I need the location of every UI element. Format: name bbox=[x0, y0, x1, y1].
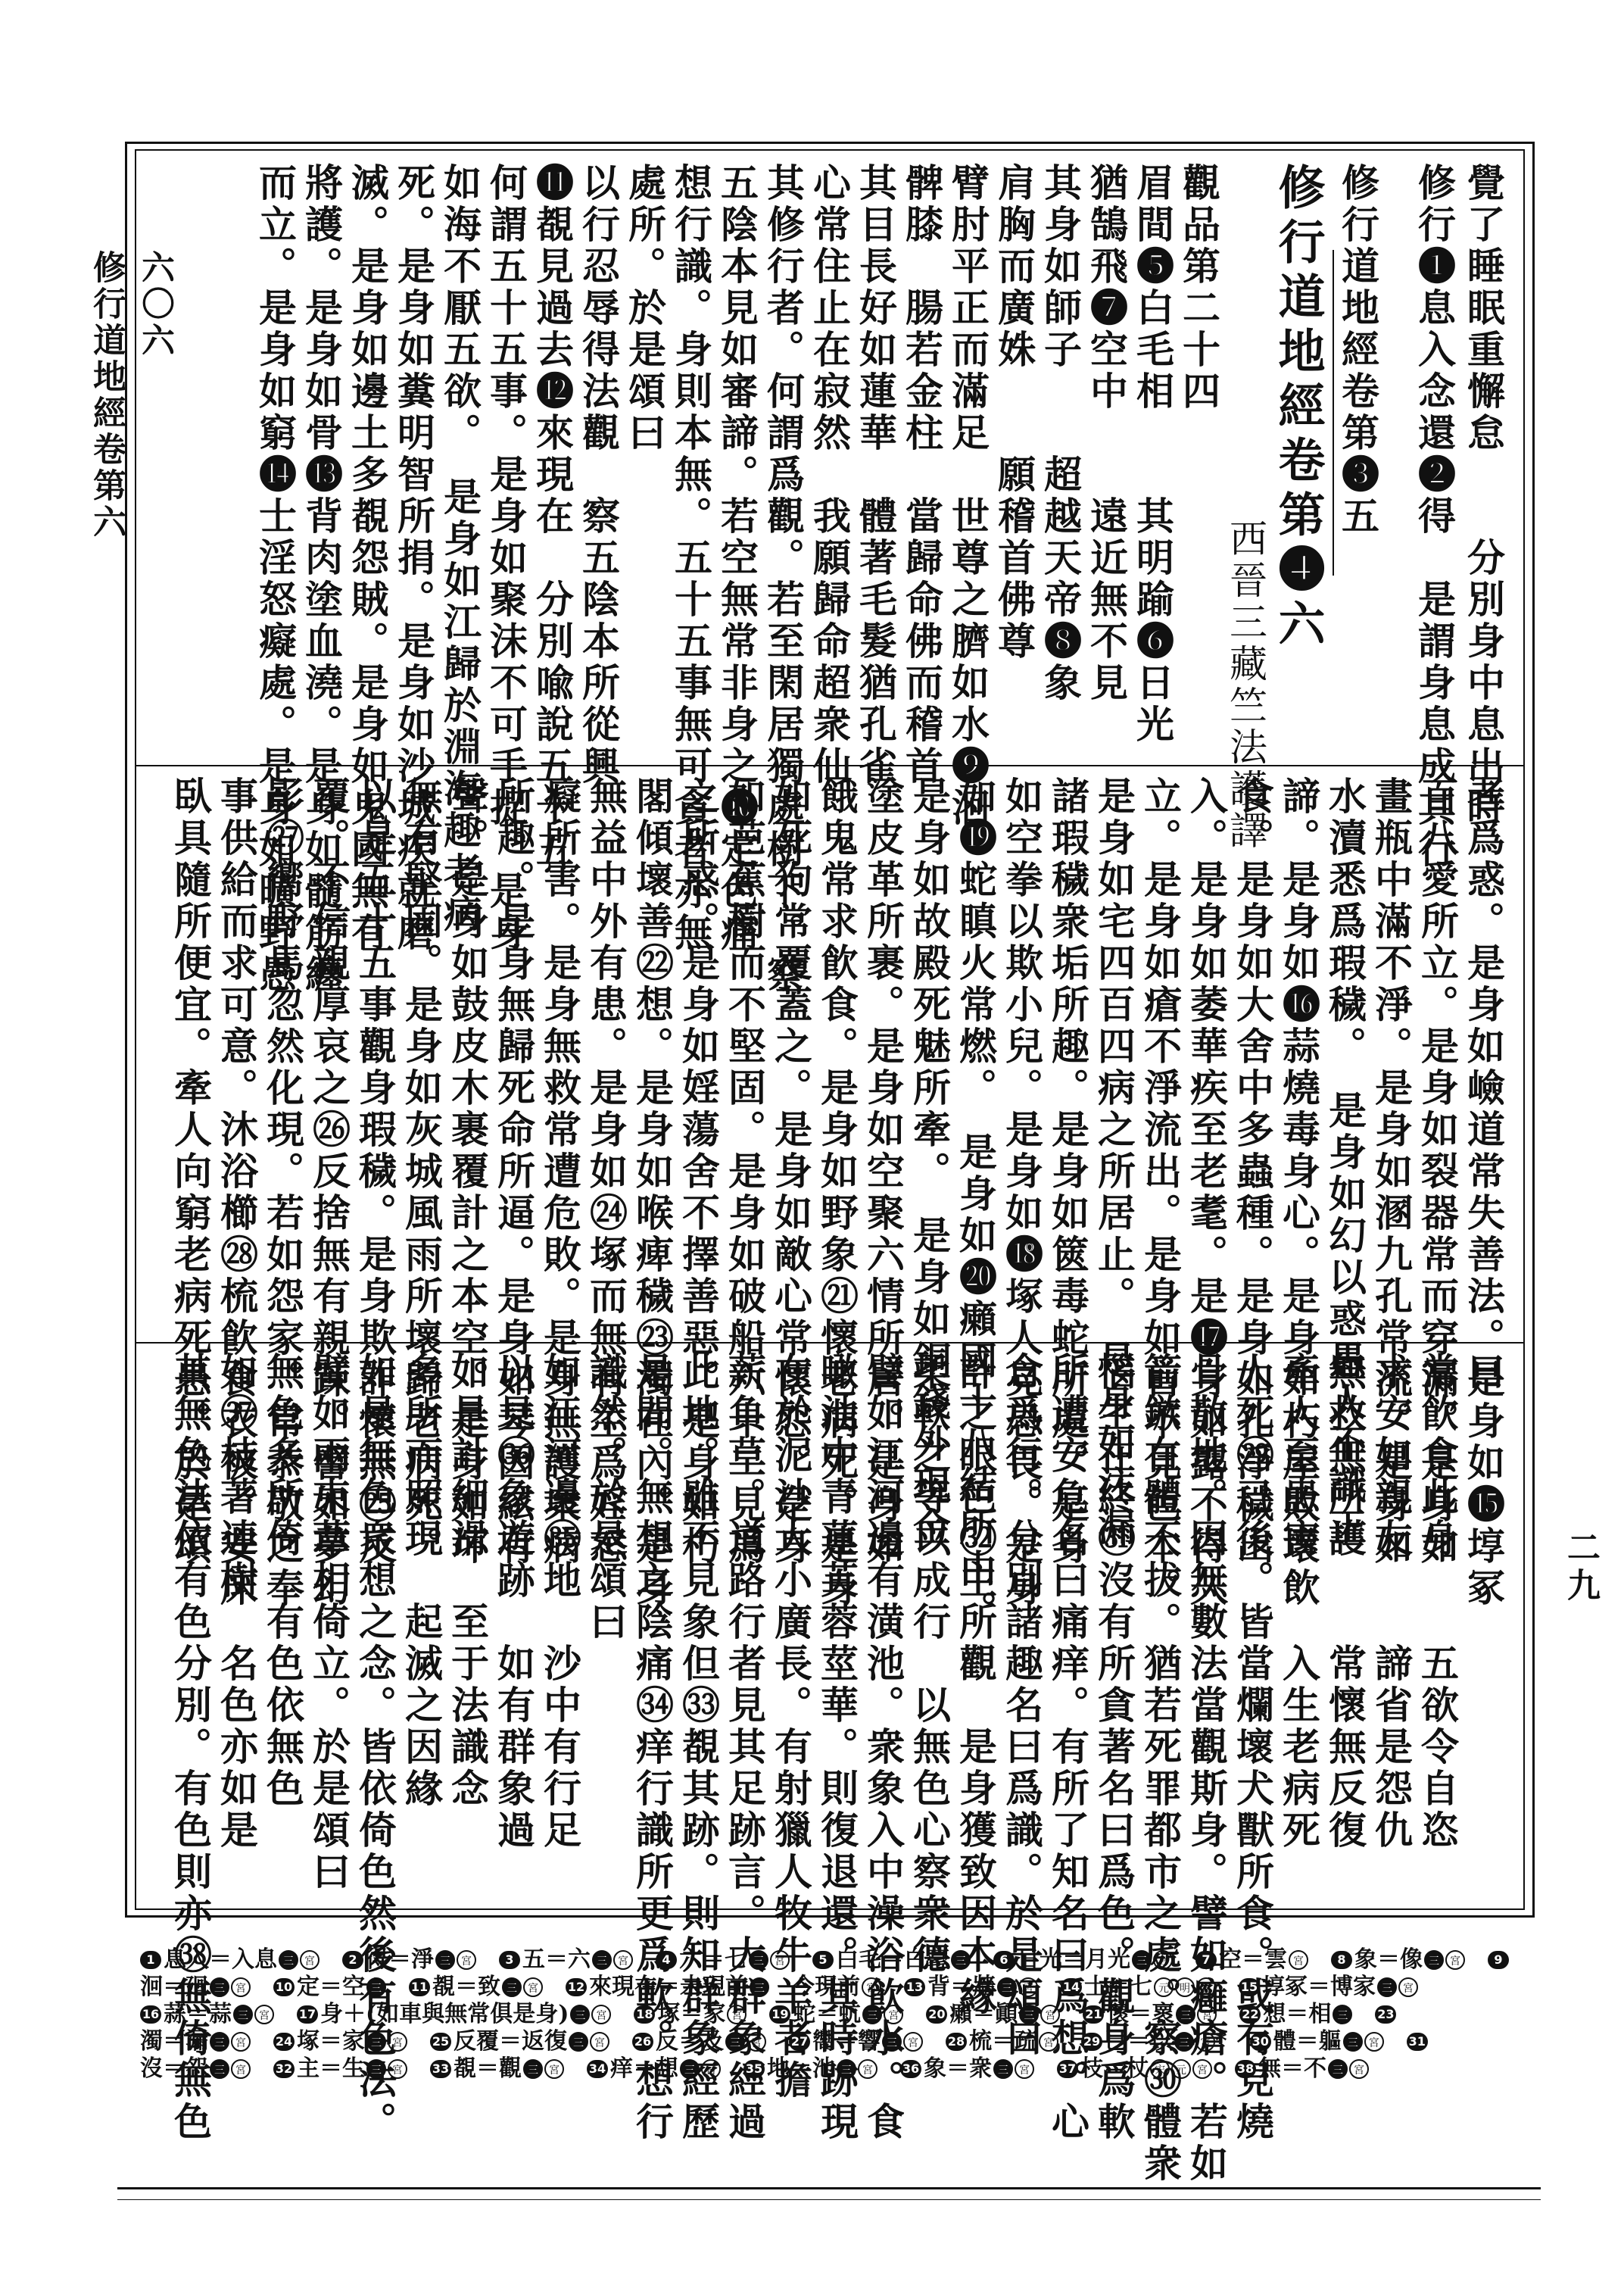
edition-siglum-icon: 宮 bbox=[1018, 1977, 1038, 1997]
edition-siglum-icon: 三 bbox=[993, 2059, 1013, 2079]
footnote-number-badge: 35 bbox=[743, 2060, 765, 2078]
bottom-register-column: 計之眼色㉜主所觀 是身獲致因本緣 bbox=[952, 1352, 999, 1912]
bottom-register-column: 此地。雖不見象但㉝覩其跡。則知群象經歷 bbox=[675, 1352, 722, 1912]
edition-siglum-icon: 宮 bbox=[254, 2005, 274, 2024]
edition-siglum-icon: 三 bbox=[837, 2059, 856, 2079]
footnote-line: 16蒜＝蒜三宮17身＋(如車與無常俱是身)三宮18塚＝家宮19蛇＝蚢三宮20癩＝… bbox=[140, 2001, 1533, 2028]
middle-register-column: 食。是身如大舍中多蟲種。是身如孔淨穢出 bbox=[1230, 776, 1276, 1337]
top-register-column: 眉間❺白毛相 其明踰❻日光 bbox=[1130, 163, 1176, 761]
edition-siglum-icon: 三 bbox=[750, 1977, 769, 1997]
footnote-text: 定＝空 bbox=[297, 1974, 365, 2001]
footnote-number-badge: 20 bbox=[926, 2005, 947, 2024]
footnote-number-badge: 30 bbox=[1250, 2033, 1271, 2051]
edition-siglum-icon: 三 bbox=[1424, 1950, 1444, 1970]
footnote-text: 已＝以 bbox=[1105, 2028, 1173, 2055]
footnote-number-badge: 34 bbox=[587, 2060, 608, 2078]
footnote-text: 濁＝漏 bbox=[140, 2028, 208, 2055]
bottom-register-column: 無色多所倚 有色依無色 bbox=[260, 1352, 306, 1912]
footnote-number-badge: 26 bbox=[632, 2033, 653, 2051]
edition-siglum-icon: 三 bbox=[366, 2059, 386, 2079]
footnote-text: 地＝池 bbox=[767, 2055, 835, 2083]
footnote: 24塚＝家三宮 bbox=[273, 2028, 407, 2055]
edition-siglum-icon: 宮 bbox=[701, 2059, 721, 2079]
bottom-register-column: 牽人至患害 入生老病死 bbox=[1276, 1352, 1322, 1912]
edition-siglum-icon: 三 bbox=[502, 1977, 522, 1997]
top-register-column: 想行識。身則本無。五十五事無可貪者亦無 bbox=[668, 163, 714, 761]
footnote-number-badge: 36 bbox=[900, 2060, 921, 2078]
top-register-column: 其身如師子 超越天帝❽象 bbox=[1037, 163, 1083, 761]
edition-siglum-icon: 三 bbox=[1343, 2032, 1363, 2052]
footnote: 18塚＝家宮 bbox=[634, 2001, 747, 2028]
bottom-register-column: 其無色法依有色分別。有色則亦㊳無倚無色 bbox=[167, 1352, 214, 1912]
footnote: 17身＋(如車與無常俱是身)三宮 bbox=[297, 2001, 611, 2028]
footnote: 洄＝廻三宮 bbox=[140, 1974, 251, 2001]
footnote-number-badge: 24 bbox=[273, 2033, 295, 2051]
footnote: 9 bbox=[1488, 1946, 1511, 1974]
top-register-column: 如海不厭五欲。 是身如江歸於淵海趣老病 bbox=[437, 163, 483, 761]
top-register-column: ⓫覩見過去⓬來現在 分別喩說五十五 bbox=[529, 163, 575, 761]
footnote-text: 覩＝致 bbox=[432, 1974, 500, 2001]
edition-siglum-icon: 三 bbox=[592, 1950, 612, 1970]
footnote-number-badge: 2 bbox=[342, 1951, 363, 1969]
asterisk-mark: * bbox=[1215, 2028, 1227, 2055]
middle-register-column: 塗皮革所裹。是身如空聚六情所居。是身如 bbox=[860, 776, 906, 1337]
edition-siglum-icon: 宮 bbox=[858, 2059, 877, 2079]
middle-register-column: 覆。不信親厚哀之㉖反捨無有親踈。譬如夢幻 bbox=[306, 776, 352, 1337]
middle-register-column: 癡所害。是身無救常遭危敗。是身無護衆病 bbox=[537, 776, 583, 1337]
top-register-column: 西晉三藏竺法護譯 bbox=[1222, 163, 1268, 761]
footnote: 32主＝生三宮 bbox=[273, 2055, 407, 2083]
footnote: 沒＝怨三宮 bbox=[140, 2055, 251, 2083]
footnote: 12來現在＝未現前三 bbox=[566, 1974, 769, 2001]
top-register-column: 死。是身如糞明智所捐。是身如沙城疾就磨 bbox=[391, 163, 437, 761]
footnote-text: 痒＝想 bbox=[610, 2055, 678, 2083]
footnote: 3五＝六三宮 bbox=[499, 1946, 633, 1974]
bottom-register-column: 如是計細滑 至于法識念 bbox=[444, 1352, 491, 1912]
colophon-rule bbox=[1333, 250, 1334, 576]
top-register-column: 五陰本見如審諦。若空無常非身之❿定色痛 bbox=[714, 163, 760, 761]
middle-register-column: 以是五十五事觀身瑕穢。是身欺詐懷無㉕反 bbox=[352, 776, 398, 1337]
footnote: 13背＝牆三宮 bbox=[904, 1974, 1038, 2001]
edition-siglum-icon: 三 bbox=[435, 1950, 455, 1970]
edition-siglum-icon: 宮 bbox=[613, 1950, 633, 1970]
footnote: 2得＝淨三宮 bbox=[342, 1946, 476, 1974]
edition-siglum-icon: 三 bbox=[1019, 2005, 1039, 2024]
edition-siglum-icon: 宮 bbox=[1153, 1950, 1173, 1970]
footnote: 4六＝七三宮 bbox=[656, 1946, 790, 1974]
bottom-register-column: 在於泥沙大小廣長。有射獵人牧牛羊者擔 bbox=[768, 1352, 814, 1912]
edition-siglum-icon: 三 bbox=[210, 2059, 229, 2079]
footnote-number-badge: 21 bbox=[1083, 2005, 1104, 2024]
footnote-text: 想＝相 bbox=[1263, 2001, 1331, 2028]
footnote: 21懷＝褱三宮 bbox=[1083, 2001, 1217, 2028]
middle-register-column: 百八愛所立。是身如裂器常而穿漏。是身如 bbox=[1414, 776, 1460, 1337]
footnote-text: 六＝七 bbox=[679, 1946, 747, 1974]
footnote-number-badge: 27 bbox=[789, 2033, 810, 2051]
edition-siglum-icon: 宮 bbox=[388, 2059, 407, 2079]
bottom-register-column: 常飮食此身 五欲令自恣 bbox=[1414, 1352, 1460, 1912]
footnote: 11覩＝致三宮 bbox=[409, 1974, 543, 2001]
top-register-column: 處所。於是頌曰 bbox=[622, 163, 668, 761]
middle-register-column: 入。是身如萎華疾至老耄。是⓱身如露不得久 bbox=[1183, 776, 1230, 1337]
footnote-line: 1息入＝入息三宮2得＝淨三宮3五＝六三宮4六＝七三宮5白毛＝白毫三6日光＝月光三… bbox=[140, 1946, 1533, 1974]
footnote-text: 無＝不 bbox=[1258, 2055, 1326, 2083]
bottom-register-column: 如江河邊㉟地 沙中有行足 bbox=[537, 1352, 583, 1912]
footnote-text: 主＝生 bbox=[297, 2055, 365, 2083]
edition-siglum-icon: 宮 bbox=[591, 2005, 611, 2024]
bottom-register-column: 曰 bbox=[1460, 1352, 1507, 1912]
top-register-column: 其目長好如蓮華 體著毛髮猶孔雀 bbox=[853, 163, 899, 761]
middle-register: 者爲惑。是身如嶮道常失善法。是身如⓯埻冢百八愛所立。是身如裂器常而穿漏。是身如畫… bbox=[144, 776, 1514, 1337]
edition-siglum-icon: 宮 bbox=[747, 2032, 766, 2052]
top-register-column: 而立。是身如窮⓮士淫怒癡處。是身如曠野愚 bbox=[252, 163, 298, 761]
edition-siglum-icon: 三 bbox=[997, 1977, 1017, 1997]
footnote: 38無＝不三宮 bbox=[1235, 2055, 1369, 2083]
top-register-column: 何謂五十五事。是身如聚沫不可手捉。是身 bbox=[483, 163, 529, 761]
footnote-line: 洄＝廻三宮10定＝空三11覩＝致三宮12來現在＝未現前三今現前宮13背＝牆三宮1… bbox=[140, 1974, 1533, 2001]
bottom-rule-thin bbox=[117, 2199, 1541, 2200]
edition-siglum-icon: 三 bbox=[1328, 2059, 1348, 2079]
middle-register-column: 諸瑕穢衆垢所趣。是身如篋毒蛇所處。是身 bbox=[1045, 776, 1091, 1337]
edition-siglum-icon: 三 bbox=[366, 2032, 386, 2052]
footnote: 22想＝相三 bbox=[1239, 2001, 1352, 2028]
footnote-text: 塚＝家 bbox=[657, 2001, 725, 2028]
edition-siglum-icon: 宮 bbox=[1364, 2032, 1384, 2052]
footnote-text: 日光＝月光 bbox=[1017, 1946, 1130, 1974]
middle-register-column: 如空拳以欺小兒。是身如⓲塚人見恐畏。是身 bbox=[999, 776, 1045, 1337]
footnote-text: 得＝淨 bbox=[366, 1946, 434, 1974]
footnote-text: 塚＝家 bbox=[297, 2028, 365, 2055]
edition-siglum-icon: 宮 bbox=[590, 2032, 609, 2052]
footnote-text: 身＋(如車與無常俱是身) bbox=[320, 2001, 569, 2028]
footnote-number-badge: 5 bbox=[812, 1951, 834, 1969]
footnote: 29已＝以三宮* bbox=[1081, 2028, 1227, 2055]
edition-siglum-icon: 元 bbox=[1171, 2059, 1191, 2079]
top-register: 覺了睡眠重懈怠 分別身中息出時修行❶息入念還❷得 是謂身息成其行修行道地經卷第❸… bbox=[144, 163, 1514, 761]
edition-siglum-icon: 三 bbox=[366, 1977, 386, 1997]
middle-register-column: 無有堅固。是身如灰城風雨所壞歸老病死。 bbox=[398, 776, 444, 1337]
footnote-text: 息入＝入息 bbox=[164, 1946, 277, 1974]
footnote-text: 癩＝顚 bbox=[949, 2001, 1018, 2028]
footnote-number-badge: 8 bbox=[1331, 1951, 1352, 1969]
middle-register-column: 如⓳蛇瞋火常燃。 是身如⓴癩國十八結所由。 bbox=[952, 776, 999, 1337]
edition-siglum-icon: 三 bbox=[570, 2005, 590, 2024]
edition-siglum-icon: 宮 bbox=[1040, 2005, 1060, 2024]
edition-siglum-icon: 宮 bbox=[1195, 2032, 1215, 2052]
middle-register-column: 事供給而求可意。沐浴櫛㉘梳飮食衣被。安床 bbox=[214, 776, 260, 1337]
middle-register-column: 畫瓶中滿不淨。是身如溷九孔常流。是身如 bbox=[1368, 776, 1414, 1337]
footnote-text: 白毛＝白毫 bbox=[836, 1946, 949, 1974]
bottom-register-column: 箭鏃在體不拔。猶若死罪都市之處。察㉚體衆 bbox=[1137, 1352, 1183, 1912]
edition-siglum-icon: 宮 bbox=[862, 1977, 881, 1997]
footnote-number-badge: 23 bbox=[1375, 2005, 1396, 2024]
footnote: 6日光＝月光三宮 bbox=[993, 1946, 1173, 1974]
middle-register-column: 諦。是身如⓰蒜燒毒身心。是身如朽屋敗壞飲 bbox=[1276, 776, 1322, 1337]
footnote-text: 枝＝杖 bbox=[1080, 2055, 1149, 2083]
bottom-register-column: 人死㉙已後。皆當爛壞犬獸所食。或有見燒 bbox=[1230, 1352, 1276, 1912]
footnote-number-badge: 15 bbox=[1239, 1978, 1260, 1996]
footnote: 1息入＝入息三宮 bbox=[140, 1946, 320, 1974]
edition-siglum-icon: 三 bbox=[1176, 2005, 1195, 2024]
footnote-number-badge: 28 bbox=[946, 2033, 967, 2051]
top-register-column: 肩胸而廣姝 願稽首佛尊 bbox=[991, 163, 1037, 761]
edition-siglum-icon: 宮 bbox=[1015, 2059, 1034, 2079]
footnote-text: 反覆＝返復 bbox=[454, 2028, 567, 2055]
footnote: 26反＝及三宮 bbox=[632, 2028, 766, 2055]
footnote: 28梳＝疏宮 bbox=[946, 2028, 1058, 2055]
top-register-column: 猶鵠飛❼空中 遠近無不見 bbox=[1083, 163, 1130, 761]
top-register-column: 覺了睡眠重懈怠 分別身中息出時 bbox=[1460, 163, 1507, 761]
edition-siglum-icon: 宮 bbox=[1349, 2059, 1369, 2079]
middle-register-column: 閣傾壞善㉒想。是身如喉痺穢㉓濁在內。是身 bbox=[629, 776, 675, 1337]
edition-siglum-icon: 宮 bbox=[1196, 1977, 1216, 1997]
footnote-text: 嚮＝響 bbox=[812, 2028, 881, 2055]
edition-siglum-icon: 三 bbox=[279, 1950, 298, 1970]
edition-siglum-icon: 宮 bbox=[1197, 2005, 1217, 2024]
edition-siglum-icon: 宮 bbox=[231, 2032, 251, 2052]
footnote-number-badge: 6 bbox=[993, 1951, 1015, 1969]
footnote-number-badge: 32 bbox=[273, 2060, 295, 2078]
edition-siglum-icon: 宮 bbox=[457, 1950, 476, 1970]
footnote-number-badge: 25 bbox=[430, 2033, 451, 2051]
footnote-text: 體＝軀 bbox=[1273, 2028, 1342, 2055]
footnote-number-badge: 17 bbox=[297, 2005, 318, 2024]
footnote-text: 覩＝觀 bbox=[454, 2055, 522, 2083]
edition-siglum-icon: 宮 bbox=[1039, 2032, 1058, 2052]
footnote: 34痒＝想三宮 bbox=[587, 2055, 721, 2083]
top-register-column: 修行❶息入念還❷得 是謂身息成其行 bbox=[1411, 163, 1457, 761]
footnote: 15埻冢＝博家三宮 bbox=[1239, 1974, 1418, 2001]
edition-siglum-icon: 三 bbox=[725, 2032, 745, 2052]
footnote-line: 沒＝怨三宮32主＝生三宮33覩＝觀三宮34痒＝想三宮35地＝池三宮36象＝衆三宮… bbox=[140, 2055, 1533, 2083]
edition-siglum-icon: 三 bbox=[569, 2032, 588, 2052]
footnote-text: 洄＝廻 bbox=[140, 1974, 208, 2001]
footnote-line: 濁＝漏三宮24塚＝家三宮25反覆＝返復三宮26反＝及三宮27嚮＝響三宮28梳＝疏… bbox=[140, 2028, 1533, 2055]
top-register-column: 修行道地經卷第❸五 bbox=[1335, 163, 1381, 761]
footnote: 31 bbox=[1407, 2028, 1430, 2055]
footnote-text: 來現在＝未現前 bbox=[589, 1974, 748, 2001]
footnote-number-badge: 9 bbox=[1488, 1951, 1509, 1969]
footnote-number-badge: 7 bbox=[1195, 1951, 1217, 1969]
bottom-register-column: 無救無所護 常懷無反復 bbox=[1322, 1352, 1368, 1912]
footnote-text: 士＝七 bbox=[1084, 1974, 1152, 2001]
bottom-register-column: 譬如兩束葦相倚立。於是頌曰 bbox=[306, 1352, 352, 1912]
footnote-text: 反＝及 bbox=[656, 2028, 724, 2055]
edition-siglum-icon: 三 bbox=[233, 2005, 253, 2024]
footnote-number-badge: 33 bbox=[430, 2060, 451, 2078]
edition-siglum-icon: 宮 bbox=[727, 2005, 747, 2024]
edition-siglum-icon: 三 bbox=[1174, 2032, 1194, 2052]
edition-siglum-icon: 明 bbox=[1175, 1977, 1195, 1997]
right-margin-page-number: 二九 bbox=[1556, 1530, 1604, 1606]
middle-register-column: 臥具隨所便宜。牽人向窮老病死患。於是頌 bbox=[167, 776, 214, 1337]
footnote: 30體＝軀三宮 bbox=[1250, 2028, 1384, 2055]
footnote: 5白毛＝白毫三 bbox=[812, 1946, 971, 1974]
footnotes-apparatus: 1息入＝入息三宮2得＝淨三宮3五＝六三宮4六＝七三宮5白毛＝白毫三6日光＝月光三… bbox=[140, 1946, 1533, 2083]
footnote: 8象＝像三宮 bbox=[1331, 1946, 1465, 1974]
edition-siglum-icon: 三 bbox=[210, 2032, 229, 2052]
footnote: 35地＝池三宮 bbox=[743, 2055, 877, 2083]
edition-siglum-icon: 三 bbox=[749, 1950, 768, 1970]
footnote-number-badge: 37 bbox=[1057, 2060, 1078, 2078]
edition-siglum-icon: 元 bbox=[1154, 1977, 1174, 1997]
footnote: 今現前宮 bbox=[792, 1974, 881, 2001]
footnote-number-badge: 38 bbox=[1235, 2060, 1256, 2078]
footnote: 19蛇＝蚢三宮 bbox=[769, 2001, 903, 2028]
bottom-register-column: 譬如江河邊有潢池。衆象入中澡浴飮水。食 bbox=[860, 1352, 906, 1912]
edition-siglum-icon: 宮 bbox=[544, 2059, 564, 2079]
footnote-number-badge: 3 bbox=[499, 1951, 520, 1969]
top-register-column: 以行忍辱得法觀 察五陰本所從興 bbox=[575, 163, 622, 761]
footnote-number-badge: 14 bbox=[1061, 1978, 1082, 1996]
bottom-register-column: 如是無色衆想之念。皆依倚色然後有色法。 bbox=[352, 1352, 398, 1912]
running-title: 修行道地經卷第六 bbox=[82, 250, 130, 541]
edition-siglum-icon: 三 bbox=[1377, 1977, 1397, 1997]
edition-siglum-icon: 宮 bbox=[903, 2032, 923, 2052]
middle-register-column: 如死狗常覆蓋之。是身如敵心常懷怨。是身 bbox=[768, 776, 814, 1337]
footnote: 7空＝雲宮 bbox=[1195, 1946, 1308, 1974]
edition-siglum-icon: 宮 bbox=[884, 2005, 903, 2024]
middle-register-column: 如芭蕉樹而不堅固。是身如破船六十二見爲 bbox=[722, 776, 768, 1337]
footnote: 16蒜＝蒜三宮 bbox=[140, 2001, 274, 2028]
middle-register-column: 立。是身如瘡不淨流出。是身如盲不見色本。 bbox=[1137, 776, 1183, 1337]
bottom-register-column: 多所而照現 起滅之因緣 bbox=[398, 1352, 444, 1912]
edition-siglum-icon: 宮 bbox=[388, 2032, 407, 2052]
bottom-register-column: 是間。無想之陰痛㉞痒行識所更爲軟。想行 bbox=[629, 1352, 675, 1912]
edition-siglum-icon: 宮 bbox=[770, 1950, 790, 1970]
footnote-text: 空＝雲 bbox=[1219, 1946, 1287, 1974]
footnote-number-badge: 31 bbox=[1407, 2033, 1428, 2051]
bottom-register-column: 識然。於是頌曰 bbox=[583, 1352, 629, 1912]
edition-siglum-icon: 三 bbox=[882, 2032, 902, 2052]
middle-register-column: 無益中外有患。是身如㉔塚而無有主爲婬怒 bbox=[583, 776, 629, 1337]
footnote-number-badge: 13 bbox=[904, 1978, 925, 1996]
top-register-column: 修行道地經卷第❹六 bbox=[1271, 163, 1324, 761]
edition-siglum-icon: 宮 bbox=[231, 2059, 251, 2079]
top-register-column: 其修行者。何謂爲觀。若至閑居獨處樹下。察 bbox=[760, 163, 806, 761]
bottom-register-column: 柔軟之等以成行 以無色心察衆德 bbox=[906, 1352, 952, 1912]
footnote: 20癩＝顚三宮 bbox=[926, 2001, 1060, 2028]
footnote-number-badge: 19 bbox=[769, 2005, 790, 2024]
middle-register-column: 聲。是身如鼓皮木裹覆計之本空。是身如坏 bbox=[444, 776, 491, 1337]
bottom-register-column: 噉池中青蓮芙蓉莖華。則復退還。其時跡現 bbox=[814, 1352, 860, 1912]
edition-siglum-icon: 宋 bbox=[1150, 2059, 1170, 2079]
middle-register-column: 是身如故殿死魅所牽。 是身如銅錢外現金 bbox=[906, 776, 952, 1337]
footnote-text: 沒＝怨 bbox=[140, 2055, 208, 2083]
top-register-column: 觀品第二十四 bbox=[1176, 163, 1222, 761]
middle-register-column: 水瀆悉爲瑕穢。 是身如幻以惑愚人不識正 bbox=[1322, 776, 1368, 1337]
middle-register-column: 之所惑。是身如婬蕩舍不擇善惡。是身如朽 bbox=[675, 776, 722, 1337]
footnote-text: 蒜＝蒜 bbox=[164, 2001, 232, 2028]
footnote-text: 懷＝褱 bbox=[1106, 2001, 1174, 2028]
top-register-column: 心常住止在寂然 我願歸命超衆仙 bbox=[806, 163, 853, 761]
footnote-text: 象＝衆 bbox=[924, 2055, 992, 2083]
footnote: 14士＝七元明宮 bbox=[1061, 1974, 1216, 2001]
footnote: 33覩＝觀三宮 bbox=[430, 2055, 564, 2083]
footnote-text: 埻冢＝博家 bbox=[1262, 1974, 1376, 2001]
edition-siglum-icon: 宮 bbox=[231, 1977, 251, 1997]
footnote-text: 蛇＝蚢 bbox=[793, 2001, 861, 2028]
edition-siglum-icon: 三 bbox=[210, 1977, 229, 1997]
footnote-number-badge: 18 bbox=[634, 2005, 655, 2024]
top-register-column: 臂肘平正而滿足 世尊之臍如水❾洄 bbox=[945, 163, 991, 761]
footnote-number-badge: 1 bbox=[140, 1951, 161, 1969]
footnote-number-badge: 10 bbox=[273, 1978, 295, 1996]
middle-register-column: 所趣。是身無歸死命所逼。是身如琴因絃有 bbox=[491, 776, 537, 1337]
footnote-text: 梳＝疏 bbox=[969, 2028, 1037, 2055]
footnote: 27嚮＝響三宮 bbox=[789, 2028, 923, 2055]
footnote-number-badge: 4 bbox=[656, 1951, 677, 1969]
bottom-register: 曰常飮食此身 五欲令自恣求安如親友 諦省是怨仇無救無所護 常懷無反復牽人至患害 … bbox=[144, 1352, 1514, 1912]
edition-siglum-icon: 宮 bbox=[1398, 1977, 1418, 1997]
footnote-number-badge: 29 bbox=[1081, 2033, 1102, 2051]
edition-siglum-icon: 三 bbox=[680, 2059, 700, 2079]
footnote: 23 bbox=[1375, 2001, 1398, 2028]
edition-siglum-icon: 三 bbox=[951, 1950, 971, 1970]
top-register-column: 將護。是身如骨⓭背肉塗血澆。是身如髓筋纏 bbox=[298, 163, 344, 761]
footnote-text: 五＝六 bbox=[522, 1946, 591, 1974]
top-register-column: 髀膝𨄔腸若金柱 當歸命佛而稽首 bbox=[899, 163, 945, 761]
bottom-register-column: 骨散地。因無數法當觀斯身。譬如癰瘡。若如 bbox=[1183, 1352, 1230, 1912]
edition-siglum-icon: 宮 bbox=[1289, 1950, 1308, 1970]
footnote: 10定＝空三 bbox=[273, 1974, 386, 2001]
edition-siglum-icon: 三 bbox=[1132, 1950, 1152, 1970]
middle-register-column: 者爲惑。是身如嶮道常失善法。是身如⓯埻冢 bbox=[1460, 776, 1507, 1337]
edition-siglum-icon: 三 bbox=[1333, 2005, 1352, 2024]
bottom-register-column: 如㊲枝著連樹 名色亦如是 bbox=[214, 1352, 260, 1912]
footnote: 37枝＝杖宋元宮 bbox=[1057, 2055, 1212, 2083]
bottom-register-column: 以見㊱象遊跡 如有群象過 bbox=[491, 1352, 537, 1912]
footnote-text: 象＝像 bbox=[1354, 1946, 1423, 1974]
bottom-rule-thick bbox=[117, 2187, 1541, 2189]
bottom-register-column: 念爲行。分別諸趣名曰爲識。於是頌曰 bbox=[999, 1352, 1045, 1912]
edition-siglum-icon: 三 bbox=[862, 2005, 882, 2024]
middle-register-column: 是身如宅四百四病之所居止。 是身如注漏 bbox=[1091, 776, 1137, 1337]
bottom-register-column: 所遭安危名曰痛痒。有所了知名曰爲想。心 bbox=[1045, 1352, 1091, 1912]
footnote: 25反覆＝返復三宮 bbox=[430, 2028, 609, 2055]
edition-siglum-icon: 宮 bbox=[1445, 1950, 1465, 1970]
footnote: 36象＝衆三宮 bbox=[900, 2055, 1034, 2083]
bottom-register-column: 惱生在終㉛沒有所貪著名曰爲色。觀身爲軟 bbox=[1091, 1352, 1137, 1912]
middle-register-column: 影㉗嚮野馬忽然化現。若如怨家。常恭敬之奉 bbox=[260, 776, 306, 1337]
footnote-number-badge: 16 bbox=[140, 2005, 161, 2024]
footnote: 濁＝漏三宮 bbox=[140, 2028, 251, 2055]
footnote-text: 背＝牆 bbox=[927, 1974, 996, 2001]
middle-register-column: 餓鬼常求飮食。是身如野象㉑懷老病死。是身 bbox=[814, 776, 860, 1337]
top-register-column: 滅。是身如邊土多覩怨賊。是身如鬼國無有 bbox=[344, 163, 391, 761]
edition-siglum-icon: 宮 bbox=[300, 1950, 320, 1970]
edition-siglum-icon: 宮 bbox=[1192, 2059, 1212, 2079]
footnote-number-badge: 12 bbox=[566, 1978, 587, 1996]
edition-siglum-icon: 宮 bbox=[523, 1977, 543, 1997]
footnote-text: 今現前 bbox=[792, 1974, 860, 2001]
bottom-register-column: 薪負草。道路行者見其足跡言。大群象經過 bbox=[722, 1352, 768, 1912]
footnote-number-badge: 22 bbox=[1239, 2005, 1261, 2024]
bottom-register-column: 求安如親友 諦省是怨仇 bbox=[1368, 1352, 1414, 1912]
footnote-number-badge: 11 bbox=[409, 1978, 430, 1996]
edition-siglum-icon: 三 bbox=[523, 2059, 543, 2079]
